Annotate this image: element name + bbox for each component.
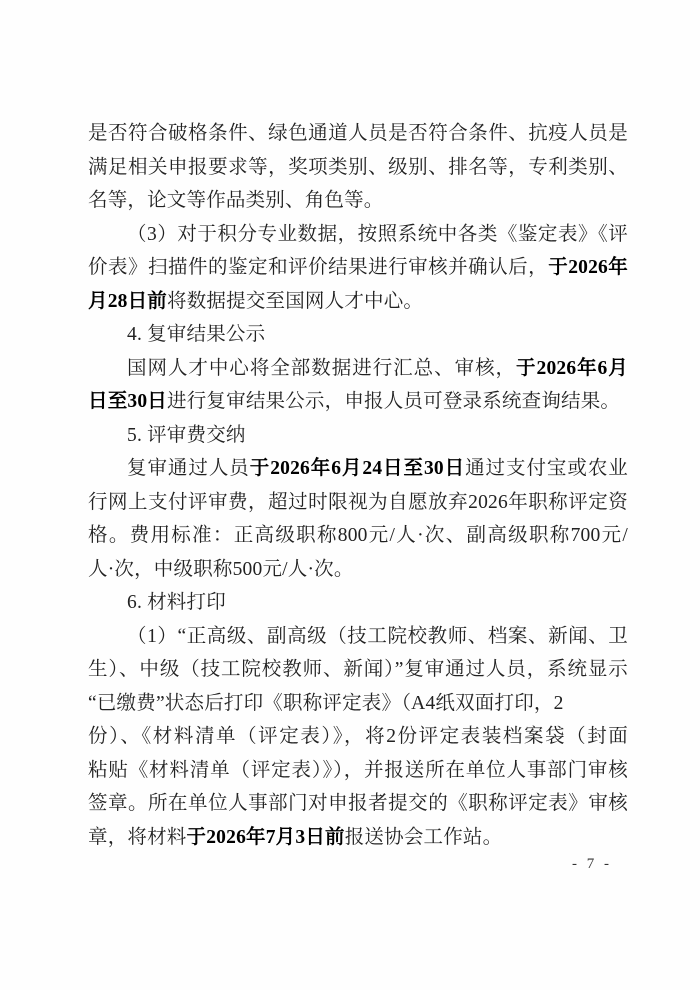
text-segment: 报送协会工作站。	[345, 827, 503, 848]
text-segment: 签章。所在单位人事部门对申报者提交的《职称评定表》审核签	[88, 793, 628, 821]
text-line: “已缴费”状态后打印《职称评定表》（A4纸双面打印，2	[88, 687, 628, 721]
text-line: 行网上支付评审费，超过时限视为自愿放弃2026年职称评定资	[88, 486, 628, 520]
text-line: 4. 复审结果公示	[88, 318, 628, 352]
bold-text-segment: 日至30日	[88, 391, 167, 412]
text-segment: 进行复审结果公示，申报人员可登录系统查询结果。	[167, 391, 620, 412]
text-line: 人·次，中级职称500元/人·次。	[88, 553, 628, 587]
text-line: 粘贴《材料清单（评定表）》），并报送所在单位人事部门审核	[88, 754, 628, 788]
text-segment: 份）、《材料清单（评定表）》，将2份评定表装档案袋（封面	[88, 726, 628, 747]
text-line: 名等，论文等作品类别、角色等。	[88, 184, 628, 218]
bold-text-segment: 于2026年6月24日至30日	[250, 458, 465, 479]
text-segment: 行网上支付评审费，超过时限视为自愿放弃2026年职称评定资	[88, 492, 628, 513]
text-line: 复审通过人员于2026年6月24日至30日通过支付宝或农业银	[88, 452, 628, 486]
bold-text-segment: 于2026年7月3日前	[187, 827, 345, 848]
text-line: 份）、《材料清单（评定表）》，将2份评定表装档案袋（封面	[88, 720, 628, 754]
text-segment: 粘贴《材料清单（评定表）》），并报送所在单位人事部门审核	[88, 760, 628, 781]
text-segment: 4. 复审结果公示	[127, 324, 265, 345]
bold-text-segment: 月28日前	[88, 291, 167, 312]
document-body: 是否符合破格条件、绿色通道人员是否符合条件、抗疫人员是否满足相关申报要求等，奖项…	[88, 117, 628, 854]
text-line: （3）对于积分专业数据，按照系统中各类《鉴定表》《评	[88, 218, 628, 252]
text-segment: （1）“正高级、副高级（技工院校教师、档案、新闻、卫	[127, 626, 628, 647]
text-segment: 人·次，中级职称500元/人·次。	[88, 559, 354, 580]
text-segment: 章，将材料	[88, 827, 187, 848]
text-segment: “已缴费”状态后打印《职称评定表》（A4纸双面打印，2	[88, 693, 564, 714]
text-segment: 满足相关申报要求等，奖项类别、级别、排名等，专利类别、排	[88, 157, 628, 185]
text-line: 日至30日进行复审结果公示，申报人员可登录系统查询结果。	[88, 385, 628, 419]
text-segment: 格。费用标准：正高级职称800元/人·次、副高级职称700元/	[88, 525, 628, 546]
text-line: 价表》扫描件的鉴定和评价结果进行审核并确认后，于2026年5	[88, 251, 628, 285]
text-segment: 生）、中级（技工院校教师、新闻）”复审通过人员，系统显示	[88, 659, 628, 680]
text-segment: 价表》扫描件的鉴定和评价结果进行审核并确认后，	[88, 257, 548, 278]
text-line: 签章。所在单位人事部门对申报者提交的《职称评定表》审核签	[88, 787, 628, 821]
text-line: 是否符合破格条件、绿色通道人员是否符合条件、抗疫人员是否	[88, 117, 628, 151]
text-segment: 名等，论文等作品类别、角色等。	[88, 190, 384, 211]
text-segment: 将数据提交至国网人才中心。	[167, 291, 423, 312]
text-segment: 是否符合破格条件、绿色通道人员是否符合条件、抗疫人员是否	[88, 123, 628, 151]
text-line: 生）、中级（技工院校教师、新闻）”复审通过人员，系统显示	[88, 653, 628, 687]
page-number: - 7 -	[572, 856, 612, 873]
text-line: 满足相关申报要求等，奖项类别、级别、排名等，专利类别、排	[88, 151, 628, 185]
text-line: 6. 材料打印	[88, 586, 628, 620]
text-line: 月28日前将数据提交至国网人才中心。	[88, 285, 628, 319]
text-line: 章，将材料于2026年7月3日前报送协会工作站。	[88, 821, 628, 855]
text-segment: 5. 评审费交纳	[127, 425, 246, 446]
text-segment: 国网人才中心将全部数据进行汇总、审核，	[127, 358, 516, 379]
text-line: 格。费用标准：正高级职称800元/人·次、副高级职称700元/	[88, 519, 628, 553]
text-line: （1）“正高级、副高级（技工院校教师、档案、新闻、卫	[88, 620, 628, 654]
document-page: 是否符合破格条件、绿色通道人员是否符合条件、抗疫人员是否满足相关申报要求等，奖项…	[0, 0, 700, 990]
text-line: 5. 评审费交纳	[88, 419, 628, 453]
text-segment: 6. 材料打印	[127, 592, 226, 613]
text-segment: （3）对于积分专业数据，按照系统中各类《鉴定表》《评	[127, 224, 628, 245]
text-line: 国网人才中心将全部数据进行汇总、审核，于2026年6月24	[88, 352, 628, 386]
text-segment: 复审通过人员	[127, 458, 250, 479]
